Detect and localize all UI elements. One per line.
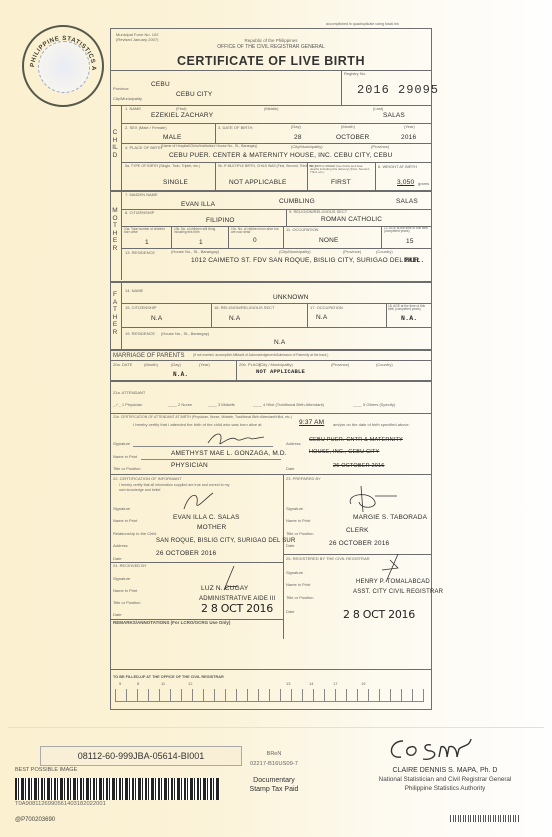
residence-country-label: (Country) [376,250,393,254]
father-name-label: 14. NAME [125,289,143,293]
multiple-birth: NOT APPLICABLE [229,180,287,187]
pob-city-label: (City/Municipality) [291,145,323,149]
prepared-date-label: Date [286,544,294,548]
received-signature-label: Signature [113,577,130,581]
attendant-name: AMETHYST MAE L. GONZAGA, M.D. [171,451,287,458]
birth-year: 2016 [401,135,416,142]
mother-residence: 1012 CAIMETO ST. FDV SAN ROQUE, BISLIG C… [191,258,419,265]
order-label: 5c. BIRTH ORDER (live births and fetal d… [310,165,372,174]
dob-label: 3. DATE OF BIRTH [218,126,253,130]
preparer-name: MARGIE S. TABORADA [353,515,427,522]
place-of-birth: CEBU PUER. CENTER & MATERNITY HOUSE, INC… [169,153,392,160]
attendant-option: _✓_ 1 Physician [113,403,142,407]
birth-time: 9:37 AM [299,420,324,427]
born-alive-label: 10a. Total number of children born alive [124,228,170,234]
attendant-options: _✓_ 1 Physician____ 2 Nurse____ 3 Midwif… [113,403,431,411]
received-date-label: Date [113,613,121,617]
barcode-icon [15,778,220,800]
birth-weight: 3,050 [397,180,414,187]
field-number: 13 [286,682,290,686]
informant-name: EVAN ILLA C. SALAS [173,515,240,522]
birth-order: FIRST [331,180,351,187]
child-first-name: EZEKIEL ZACHARY [151,113,213,120]
office-use-boxes [115,689,427,702]
prepared-name-label: Name in Print [286,519,310,523]
prepared-date: 26 OCTOBER 2016 [329,541,389,548]
office-use-label: TO BE FILLED-UP AT THE OFFICE OF THE CIV… [113,676,224,680]
children-living: 1 [199,240,203,247]
mother-occupation: NONE [319,238,339,245]
attendant-option: ____ 2 Nurse [168,403,192,407]
office-use-field-numbers: 58111213141719 [111,682,431,688]
residence-city-label: (City/Municipality) [279,250,311,254]
attendant-address-1: CEBU PUER. CNTR & MATERNITY [309,438,403,444]
informant-signature-label: Signature [113,507,130,511]
father-residence: N.A [274,340,285,347]
attendant-label: 21a. ATTENDANT [113,391,145,395]
republic-label: Republic of the Philippines [111,39,431,44]
signatory-title: National Statistician and Civil Registra… [360,777,530,783]
weight-label: 6. WEIGHT AT BIRTH [378,165,417,169]
attendant-signature [206,429,266,449]
prepared-label: 23. PREPARED BY [286,477,321,481]
stamp-tax-line1: Documentary [240,777,308,784]
attendant-cert-text: I hereby certify that I attended the bir… [133,423,262,427]
registry-number: 2016 29095 [357,84,439,96]
marriage-country-label: (Country) [376,363,393,367]
mother-last-name: SALAS [396,199,418,206]
document-title: CERTIFICATE OF LIVE BIRTH [111,55,431,68]
attendant-name-label: Name in Print [113,455,137,459]
informant-name-label: Name in Print [113,519,137,523]
marriage-note: (If not married, accomplish Affidavit of… [193,354,328,357]
father-citizenship-label: 15. CITIZENSHIP [125,306,157,310]
father-age: N.A. [401,316,417,323]
field-number: 11 [161,682,165,686]
field-number: 14 [309,682,313,686]
province-value: CEBU [151,82,170,89]
informant-label: 22. CERTIFICATION OF INFORMANT [113,477,182,481]
father-religion: N.A [229,316,240,323]
father-age-label: 18. AGE at the time of this birth (compl… [388,305,431,311]
father-religion-label: 16. RELIGION/RELIGIOUS SECT [214,306,274,310]
prepared-signature-label: Signature [286,507,303,511]
remarks-label: REMARKS/ANNOTATIONS (For LCRO/OCRG Use O… [113,621,230,626]
marriage-city-label: (City / Municipality) [259,363,293,367]
registered-date-stamp: 2 8 OCT 2016 [343,609,415,620]
informant-date-label: Date [113,557,121,561]
svg-text:PHILIPPINE STATISTICS AUTHORIT: PHILIPPINE STATISTICS AUTHORITY [24,27,97,71]
mother-age-label: 12. AGE at the time of this birth (compl… [384,227,430,233]
city-value: CEBU CITY [176,92,212,99]
last-label: (Last) [373,107,383,111]
pob-sub-label: (Name of Hospital/Clinic/Institution/ Ho… [161,145,257,149]
section-mother-label: MOTHER [112,207,120,253]
mother-citizenship: FILIPINO [206,218,235,225]
year-label: (Year) [404,125,415,129]
mother-religion: ROMAN CATHOLIC [321,217,382,224]
informant-relationship-label: Relationship to the Child [113,532,156,536]
marriage-place-label: 20b. PLACE [239,363,261,367]
registered-date-label: Date [286,610,294,614]
mother-name-label: 7. MAIDEN NAME [125,193,158,197]
type-label: 5a. TYPE OF BIRTH (Single, Twin, Triplet… [125,165,200,169]
father-residence-sub: (House No., St., Barangay) [161,332,209,336]
mother-age: 15 [406,239,414,246]
attendant-date-label: Date [286,467,294,471]
barcode-text: T0A908112699056140318202200​1 [15,802,106,808]
registered-name-label: Name in Print [286,583,310,587]
registered-title-label: Title or Position [286,596,313,600]
attendant-option: ____ 5 Others (Specify) [353,403,395,407]
attendant-date: 26 OCTOBER 2016 [333,464,385,470]
field-number: 5 [119,682,121,686]
mother-first-name: EVAN ILLA [181,202,215,209]
registrar-name: HENRY P. TOMALABCAD [356,579,430,585]
received-name-label: Name in Print [113,589,137,593]
stamp-tax-line2: Stamp Tax Paid [240,786,308,793]
bren-number: 02217-B16US09-7 [240,762,308,768]
marriage-heading: MARRIAGE OF PARENTS [113,353,185,359]
mother-citizenship-label: 8. CITIZENSHIP [125,211,154,215]
mother-country: PHIL. [404,258,425,265]
pob-label: 4. PLACE OF BIRTH [125,146,162,150]
marriage-year-label: (Year) [199,363,210,367]
children-born-alive: 1 [145,240,149,247]
weight-unit: grams [418,182,429,186]
pob-prov-label: (Province) [371,145,389,149]
province-label: Province [113,87,129,91]
month-label: (Month) [341,125,355,129]
residence-prov-label: (Province) [343,250,361,254]
children-dead: 0 [253,238,257,245]
informant-signature [179,489,219,514]
city-label: City/Municipality [113,97,142,101]
attendant-cert-tail: am/pm on the date of birth specified abo… [333,423,410,427]
security-number: @P700203690 [15,817,55,823]
small-barcode-icon [450,815,520,822]
informant-address: SAN ROQUE, BISLIG CITY, SURIGAO DEL SUR [156,538,296,544]
received-label: 24. RECEIVED BY [113,564,147,568]
attendant-cert-label: 21b. CERTIFICATION OF ATTENDANT AT BIRTH… [113,416,292,420]
field-number: 19 [361,682,365,686]
birth-day: 28 [294,135,302,142]
preparer-title: CLERK [346,528,369,535]
registry-label: Registry No. [344,72,366,76]
attendant-title-label: Title or Position [113,467,140,471]
child-last-name: SALAS [383,113,405,120]
marriage-day-label: (Day) [171,363,181,367]
attendant-address-2: HOUSE, INC., CEBU CITY [309,450,379,456]
dead-label: 10c. No. of children born alive but are … [231,228,281,234]
attendant-address-label: Address [286,442,301,446]
office-use-box [412,689,424,702]
received-title-label: Title or Position [113,601,140,605]
serial-number-box: 08112-60-999JBA-05614-BI001 [40,746,242,766]
informant-relationship: MOTHER [197,525,226,532]
office-label: OFFICE OF THE CIVIL REGISTRAR GENERAL [111,45,431,50]
attendant-option: ____ 4 Hilot (Traditional Birth Attendan… [253,403,324,407]
certificate-page: PHILIPPINE STATISTICS AUTHORITY Municipa… [0,0,552,837]
received-date-stamp: 2 8 OCT 2016 [201,603,273,614]
registered-label: 25. REGISTERED BY THE CIVIL REGISTRAR [286,557,370,561]
receiver-name: LUZ N. CUGAY [201,586,248,593]
signatory-org: Philippine Statistics Authority [360,786,530,792]
seal-ring-text: PHILIPPINE STATISTICS AUTHORITY [24,27,102,105]
marriage-month-label: (Month) [144,363,158,367]
best-image-label: BEST POSSIBLE IMAGE [15,768,77,774]
day-label: (Day) [291,125,301,129]
psa-seal: PHILIPPINE STATISTICS AUTHORITY [22,25,104,107]
attendant-title: PHYSICIAN [171,463,208,470]
registrar-title: ASST. CITY CIVIL REGISTRAR [353,589,443,595]
attendant-option: ____ 3 Midwife [208,403,235,407]
mother-religion-label: 9. RELIGION/RELIGIOUS SECT [289,210,347,214]
preparer-signature [341,484,401,514]
section-child-label: CHILD [112,129,120,159]
birth-type: SINGLE [163,180,188,187]
informant-address-label: Address [113,544,128,548]
field-number: 8 [137,682,139,686]
marriage-date: N.A. [173,372,188,378]
attendant-signature-label: Signature [113,442,130,446]
mother-middle-name: CUMBLING [279,199,315,206]
birth-certificate-form: Municipal Form No. 102 (Revised January … [110,28,432,710]
multiple-label: 5b. IF MULTIPLE BIRTH, CHILD WAS (First,… [218,165,316,168]
informant-date: 26 OCTOBER 2016 [156,551,216,558]
marriage-date-label: 20a. DATE [113,363,132,367]
father-citizenship: N.A [151,316,162,323]
bren-label: BReN [240,752,308,758]
father-name: UNKNOWN [273,295,309,302]
field-number: 12 [188,682,192,686]
prepared-title-label: Title or Position [286,532,313,536]
birth-month: OCTOBER [336,135,369,142]
accomplish-note: accomplished in quadruplicate using blac… [326,23,399,27]
sex-label: 2. SEX (Male / Female) [125,126,167,130]
field-number: 17 [333,682,337,686]
mother-residence-label: 13. RESIDENCE [125,251,155,255]
middle-label: (Middle) [264,107,278,111]
mother-occupation-label: 11. OCCUPATION [286,228,318,232]
first-label: (First) [176,107,186,111]
child-name-label: 1. NAME [125,107,141,111]
father-residence-label: 19. RESIDENCE [125,332,155,336]
registrar-general-signature [385,735,475,765]
child-sex: MALE [163,135,182,142]
signatory-name: CLAIRE DENNIS S. MAPA, Ph. D [360,767,530,774]
residence-sub-label: (House No., St., Barangay) [171,250,219,254]
living-label: 10b. No. of children still living includ… [174,228,226,234]
registered-signature-label: Signature [286,571,303,575]
marriage-prov-label: (Province) [331,363,349,367]
marriage-place: NOT APPLICABLE [256,369,305,375]
section-father-label: FATHER [112,291,120,337]
father-occupation-label: 17. OCCUPATION [310,306,343,310]
father-occupation: N.A [316,315,327,322]
